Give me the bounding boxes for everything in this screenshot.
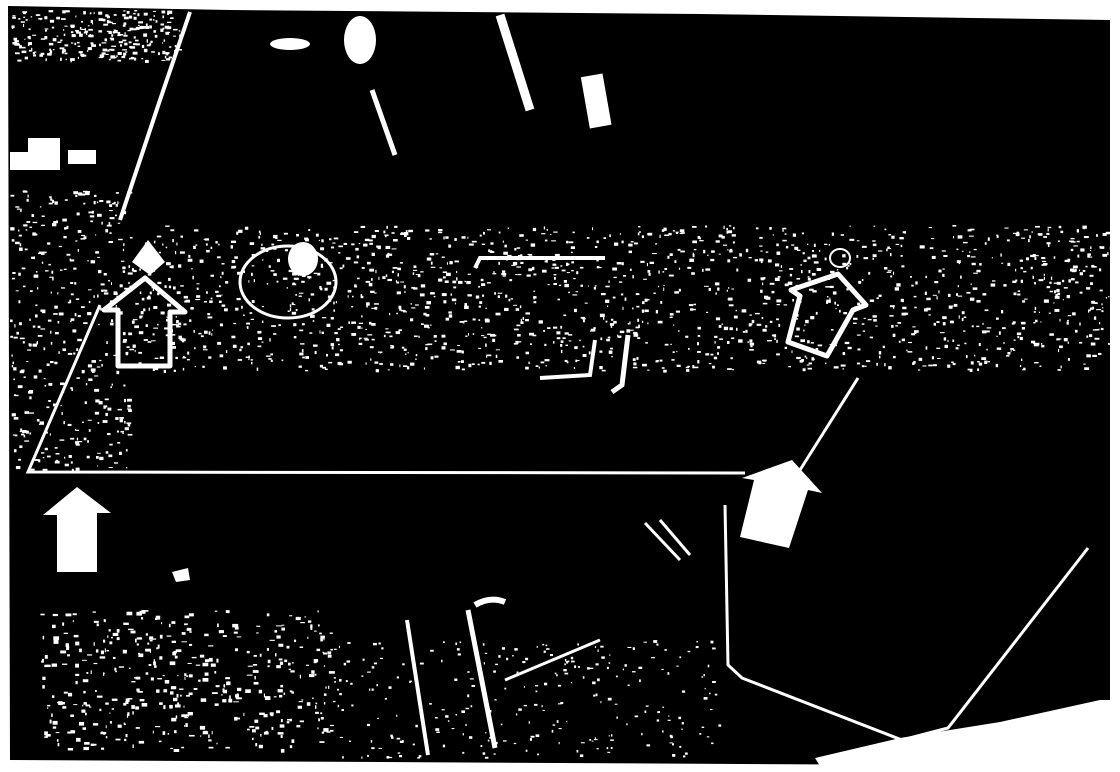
white-block bbox=[10, 152, 60, 170]
binarized-photo bbox=[0, 0, 1120, 772]
object-top bbox=[344, 16, 376, 64]
left-strip bbox=[0, 580, 7, 675]
white-block bbox=[28, 138, 60, 152]
white-block bbox=[68, 150, 96, 164]
object-top bbox=[270, 38, 310, 50]
ball bbox=[288, 242, 318, 276]
